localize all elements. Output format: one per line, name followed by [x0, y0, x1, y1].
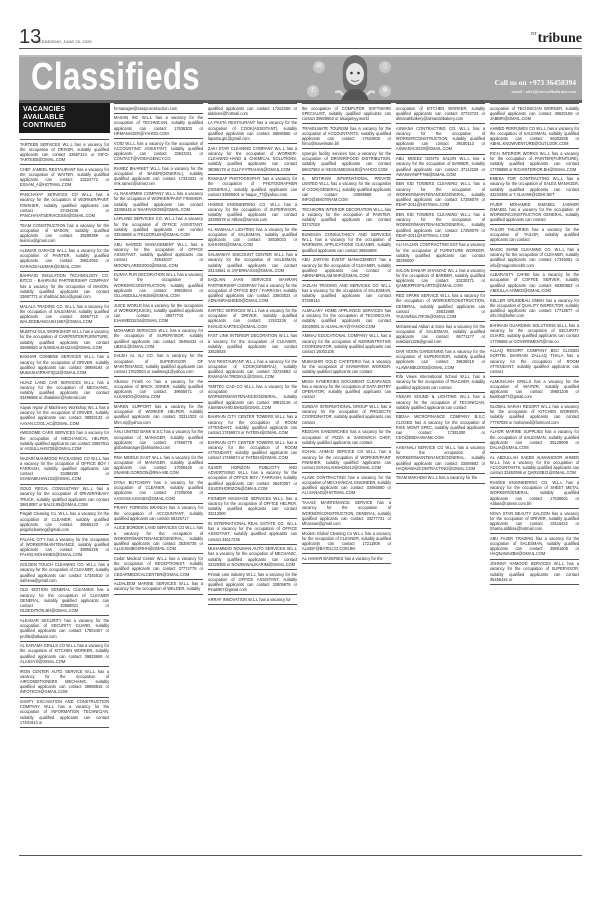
banner-title: Classifieds — [31, 56, 200, 99]
classified-ad: REDOAN SANDWICHES has a vacancy for the … — [302, 428, 391, 448]
ad-list: the occupation of COMPUTER SOFTWARE SPEC… — [301, 103, 392, 564]
classified-ad: Mohammad Akbari & Sons has a vacancy for… — [396, 322, 485, 347]
classified-ad: ALKADAR SECURITY has a vacancy for the o… — [20, 616, 109, 641]
classified-ad: ABU NAVEED MANAGEMENT W.L.L has a vacanc… — [114, 240, 203, 271]
classified-ad: ZAKI STAR CLEANING COMPANY W.L.L has a v… — [208, 144, 297, 175]
column-2: hrmanager@saetyconstruction.comMASAN INC… — [113, 103, 204, 855]
classified-ad: KARTEC SERVICES W.L.L has a vacancy for … — [208, 307, 297, 332]
classified-ad: PIONEER MASSAGE SERVICES W.L.L has a vac… — [208, 494, 297, 519]
email-icon: ✉ — [313, 61, 325, 73]
classified-ad: SALEH AL ALI CO. has a vacancy for the o… — [114, 352, 203, 377]
classified-ad: AL NAKARMEK COMPANY W.L.L has a vacancy … — [114, 190, 203, 215]
classified-ad: ALDALEEM MARINE SERVICES W.L.L has a vac… — [114, 580, 203, 595]
classified-ad: SOHAIL AHMAD SERVICE CO W.L.L has a vaca… — [302, 448, 391, 473]
classified-ad: RICH INTERIOR WORKS W.L.L has a vacancy … — [490, 149, 579, 174]
classified-ad: Pinnak care industry W.L.L has a vacancy… — [208, 570, 297, 595]
classified-ad: OLD EDITION GENERAL CLEANING has a vacan… — [20, 586, 109, 617]
classified-ad: SAQLAIN JAAN SERVICES BAHRAIN PARTNERSHI… — [208, 276, 297, 307]
classified-ad: ALMALAKY HOME APPLIANCE SERVICES has a v… — [302, 307, 391, 332]
classified-ad: ALMUNAJAH GRILLS has a vacancy for the o… — [490, 377, 579, 402]
column-4: the occupation of COMPUTER SOFTWARE SPEC… — [301, 103, 392, 855]
classified-ad: AWESOME CARS SERVICES has a vacancy for … — [20, 429, 109, 454]
classified-ad: EMESA FOR CONTRACTING W.L.L has a vacanc… — [490, 175, 579, 200]
classified-ad: DAR NOON GARDENING has a vacancy for the… — [396, 347, 485, 372]
classified-ad: RAMEZ BHARKET W.L.L has a vacancy for th… — [114, 164, 203, 189]
classified-ad: TAILOR TAILORING has a vacancy for the o… — [490, 225, 579, 245]
classified-ad: ABU ZARYAB EVENT MANAGEMENT has a vacanc… — [302, 256, 391, 281]
page-number: 13 — [19, 26, 41, 48]
globe-icon: ⊕ — [379, 85, 391, 97]
classified-ad: YAS RESTAURANT W.L.L has a vacancy for t… — [208, 357, 297, 382]
classified-ad: NOVA STAR BEAUTY SALOON has a vacancy fo… — [490, 509, 579, 534]
ad-list: qualified applicants can contact 1726225… — [207, 103, 298, 605]
ad-list: occupation of KITCHEN WORKER, suitably q… — [395, 103, 486, 484]
classified-ad: PANCHAYAT SERVICES CO W.L.L has a vacanc… — [20, 191, 109, 222]
classified-ad: ABU FAJER TRADING has a vacancy for the … — [490, 534, 579, 559]
classified-ad: Alkanoo Finish co has a vacancy for the … — [114, 377, 203, 402]
page-masthead: 13 WEDNESDAY, JUNE 25, 2025 DTtribune — [19, 26, 582, 49]
classified-ad: occupation of TECHNICIAN WORKER, suitabl… — [490, 103, 579, 124]
classified-ad: S. MOTIRAM INTERNATIONAL PRIVATE LIMITED… — [302, 175, 391, 206]
classified-ad: Aayan repair of Machinery Workshop W.L.L… — [20, 404, 109, 429]
classified-ad: GLOBAL SARAH RESORT W.L.L has a vacancy … — [490, 403, 579, 428]
classified-ad: SUNDAY INTERNATIONAL GROUP W.L.L has a v… — [302, 403, 391, 428]
ad-list: hrmanager@saetyconstruction.comMASAN INC… — [113, 103, 204, 595]
classified-ad: MUMTAZ GUL WORKSHOP W.L.L has a vacancy … — [20, 328, 109, 353]
classified-ad: RAMSIS ENGINEERING CO. W.L.L has a vacan… — [490, 478, 579, 509]
classified-ad: EBDAA MICROFINANCE COMPANY B.S.C CLOSED … — [396, 413, 485, 444]
classified-ad: MALALA TRADING CO. W.L.L has a vacancy f… — [20, 302, 109, 327]
classified-ad: TECHKORN INTERIOR DECORATION W.L.L has a… — [302, 205, 391, 230]
classified-ad: SALMANIYA DISCOUNT CENTER W.L.L has a va… — [208, 251, 297, 276]
classified-ad: GOLD REGAL CONSULTANY W.L.L has a vacanc… — [20, 485, 109, 510]
classified-ad: BAHRAIN CITY CENTER TOWERS W.L.L has a v… — [208, 438, 297, 463]
classified-ad: PRANY FOREIGN BRANCH has a vacancy for t… — [114, 504, 203, 524]
classified-ad: occupation of KITCHEN WORKER, suitably q… — [396, 103, 485, 124]
classified-ad: NAZARI MAHMOOD PACKAGING CO W.L.L has a … — [20, 454, 109, 485]
classified-ad: ARRAF INNOVATION W.L.L has a vacancy for — [208, 595, 297, 605]
classified-ad: AL ABDULLAH SAEED ALMANSOOR AHMED W.L.L … — [490, 453, 579, 478]
ad-list: TARTEEB SERVICES W.L.L has a vacancy for… — [19, 139, 110, 728]
classified-ad: BEN EID TOWERS CLEANING W.L.L has a vaca… — [396, 210, 485, 241]
classified-ad: LA PASTA RESTAURANT has a vacancy for th… — [208, 119, 297, 144]
classified-ad: ALAWI CONTRACTING has a vacancy for the … — [302, 473, 391, 498]
issue-date: WEDNESDAY, JUNE 25, 2025 — [35, 39, 92, 44]
classified-ad: TAAAIZ MAINTENANCE SERVICE has a vacancy… — [302, 499, 391, 530]
column-1: VACANCIES AVAILABLE CONTINUED TARTEEB SE… — [19, 103, 110, 855]
classified-ad: ALICE BORDER LAND SERVICES CO W.L.L has … — [114, 524, 203, 555]
classified-ad: MAREN SUPPORT has a vacancy for the occu… — [114, 403, 203, 428]
classified-ad: ALLAQ RESORT COMPANY BSC CLOSED SOFITEL … — [490, 347, 579, 378]
classified-ad: TARTEEB SERVICES W.L.L has a vacancy for… — [20, 139, 109, 165]
classified-ad: AL MANHALA LIGHTING has a vacancy for th… — [208, 225, 297, 250]
classified-ad: IRON CENTER AUTO SERVICE W.L.L has a vac… — [20, 667, 109, 698]
logo-text: tribune — [538, 31, 582, 46]
classified-ad: GOLDEN TOUCH CLEANING CO. W.L.L has a va… — [20, 561, 109, 586]
classified-ad: BAHRAIN INSULATION TECHNOLOGY CO. BITCO … — [20, 272, 109, 303]
classified-ad: MESH SYNERGIES DOCUMENT CLEARANCE has a … — [302, 377, 391, 402]
classified-ad: TEAM CONSTRUCTION has a vacancy for the … — [20, 221, 109, 246]
classified-ad: AHLI UNITED BANK B.S.C has a vacancy for… — [114, 428, 203, 453]
classified-ad: MOHAMED SERVICES W.L.L has a vacancy for… — [114, 327, 203, 352]
section-heading: VACANCIES AVAILABLE CONTINUED — [19, 103, 110, 133]
logo-prefix: DT — [531, 31, 537, 36]
classified-ad: Rifa Views International School W.L.L ha… — [396, 373, 485, 393]
classified-ad: CHEF JAMEEL RESTAURANT has a vacancy for… — [20, 165, 109, 190]
classified-ad: DUNYA PUR DECORATION W.L.L has a vacancy… — [114, 271, 203, 302]
classified-ad: qualified applicants can contact 1726225… — [208, 103, 297, 119]
classified-ad: BAHRAIN CITY CENTER TOWERS W.L.L has a v… — [208, 413, 297, 438]
classified-ad: RED SPARK SERVICE W.L.L has a vacancy fo… — [396, 292, 485, 323]
classified-ad: FAST LINK INTERIOR DECORATION W.L.L has … — [208, 332, 297, 357]
classified-ad: MUHAMMAD NOUMAN AUTO SERVICES W.L.L has … — [208, 545, 297, 570]
classified-ad: SALON DANIAR SHAHZAD W.L.L has a vacancy… — [396, 266, 485, 291]
contact-email: email : advt@newsofbahrain.com — [511, 89, 576, 94]
classified-ad: ALI HAJJAN CONTRACTING EST has a vacancy… — [396, 241, 485, 266]
classified-ad: BUHESSA CONSULTANCY AND SERVICES W.L.L h… — [302, 231, 391, 256]
classified-ad: FAJER MOHAMED ISMAEEL JAWHER ISMAEEL has… — [490, 200, 579, 225]
phone-icon: ✆ — [307, 85, 319, 97]
classified-ad: TRAVELMATE TOURISM has a vacancy for the… — [302, 124, 391, 149]
classified-ad: hrmanager@saetyconstruction.com — [114, 103, 203, 114]
classified-ad: ABU MOEEZ GENTS SALON W.L.L has a vacanc… — [396, 155, 485, 180]
column-6: occupation of TECHNICIAN WORKER, suitabl… — [489, 103, 580, 855]
classified-ad: AL KARAMA GRILLS CO W.L.L has a vacancy … — [20, 642, 109, 667]
classified-ad: HUAIZ LAND CAR SERVICES W.L.L has a vaca… — [20, 378, 109, 403]
classified-ad: BAHRAIN GUARDING SOLUTIONS W.L.L has a v… — [490, 321, 579, 346]
classified-ad: FALAHL CITY has a vacancy for the occupa… — [20, 535, 109, 560]
tribune-logo: DTtribune — [531, 31, 582, 47]
classified-ad: JUICE WORLD has a vacancy for the occupa… — [114, 301, 203, 326]
classified-ad: AL HAMAR BAKERIES has a vacancy for the — [302, 554, 391, 564]
classified-ad: MUBASHIR GOLD CAFETERIA has a vacancy fo… — [302, 357, 391, 377]
contact-phone: Call us on +973 36458394 — [495, 78, 576, 87]
classified-ad: ALBARASTY CAFEE has a vacancy for the oc… — [490, 271, 579, 296]
classifieds-columns: VACANCIES AVAILABLE CONTINUED TARTEEB SE… — [19, 103, 582, 855]
classified-ad: Cedar Medical Center W.L.L has a vacancy… — [114, 554, 203, 579]
classified-ad: Modern Global Cleaning Co W.L.L has a va… — [302, 529, 391, 554]
classified-ad: ALEMAR GARAGE W.L.L has a vacancy for th… — [20, 246, 109, 271]
classified-ad: AHSANALI SERVICE CO W.L.L has a vacancy … — [396, 443, 485, 474]
classified-ad: TEMTEC CAD CO W.L.L has a vacancy for th… — [208, 382, 297, 413]
classified-ad: Pisgah Cleaning Co. W.L.L has a vacancy … — [20, 510, 109, 535]
classified-ad: ASWANA CONTRACTING CO. W.L.L has a vacan… — [396, 124, 485, 155]
classified-ad: ALHOR MARINE SUPPLIES has a vacancy for … — [490, 428, 579, 453]
mobile-icon: ▯ — [379, 61, 391, 73]
classified-ad: VOID W.L.L has a vacancy for the occupat… — [114, 139, 203, 164]
classified-ad: LAPLAND SERVICES CO. W.L.L has a vacancy… — [114, 215, 203, 240]
classified-ad: synergic facility services has a vacancy… — [302, 149, 391, 174]
classified-ad: SILVER HORIZON PUBLICITY AND ADVERTISING… — [208, 464, 297, 495]
classified-ad: DYNA BUTCHERY has a vacancy for the occu… — [114, 478, 203, 503]
classified-ad: JAZLAN TRADING AND SERVICES CO W.L.L has… — [302, 281, 391, 306]
classified-ad: MAGIC SHINE CLEANING CO. W.L.L has a vac… — [490, 245, 579, 270]
bottom-rule — [19, 855, 582, 856]
classified-ad: JOHNNY HAMOOD SERVICES W.L.L has a vacan… — [490, 560, 579, 585]
classified-ad: IN INTERNATIONAL REAL ESTATE CO. W.L.L h… — [208, 519, 297, 544]
column-5: occupation of KITCHEN WORKER, suitably q… — [395, 103, 486, 855]
classified-ad: ANSARI SOUND & LIGHTING W.L.L has a vaca… — [396, 393, 485, 413]
classified-ad: BEN EID TOWERS CLEANING W.L.L has a vaca… — [396, 180, 485, 211]
classified-ad: AMINAJ EDUCATIONAL COMPANY W.L.L has a v… — [302, 332, 391, 357]
classified-ad: RAMASAF PHOTOGRAPHY has a vacancy for th… — [208, 175, 297, 200]
column-3: qualified applicants can contact 1726225… — [207, 103, 298, 855]
classified-ad: MASAN INC W.L.L has a vacancy for the oc… — [114, 114, 203, 139]
classified-ad: BASHAR COMBINE SERVICES W.L.L has a vaca… — [20, 353, 109, 378]
classified-ad: AHMED PERFUMES CO W.L.L has a vacancy fo… — [490, 124, 579, 149]
classified-ad: RNA MIDDLE EAST W.L.L has a vacancy for … — [114, 453, 203, 478]
customer-service-illustration-icon — [335, 53, 375, 101]
classified-ad: HAMSIS ENGINEERING CO. W.L.L has a vacan… — [208, 200, 297, 225]
ad-list: occupation of TECHNICIAN WORKER, suitabl… — [489, 103, 580, 585]
classifieds-banner: Classifieds ✉ ✆ ▯ ⊕ Call us on +973 3645… — [19, 55, 582, 103]
classified-ad: TEAM MAKHDHI W.L.L has a vacancy for the — [396, 474, 485, 484]
classified-ad: SAMTY EXCAVATION AND CONSTRUCTION COMPAN… — [20, 698, 109, 729]
classified-ad: KELLER GRUNDBAU GMBH has a vacancy for t… — [490, 296, 579, 321]
classified-ad: the occupation of COMPUTER SOFTWARE SPEC… — [302, 103, 391, 124]
